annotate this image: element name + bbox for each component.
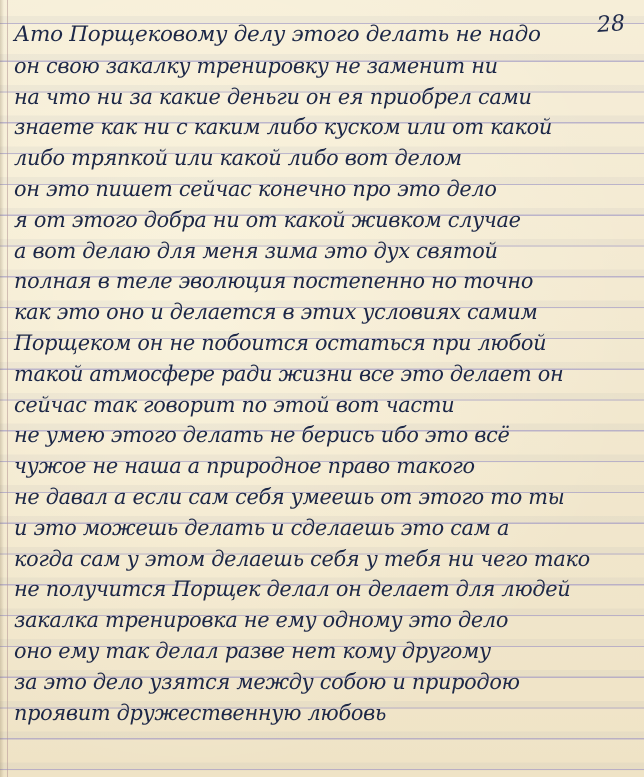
text-line: он это пишет сейчас конечно про это дело [14, 174, 634, 205]
text-line: когда сам у этом делаешь себя у тебя ни … [14, 544, 634, 575]
text-line: Ато Порщековому делу этого делать не над… [14, 20, 574, 51]
notebook-page: 28 Ато Порщековому делу этого делать не … [0, 0, 644, 777]
text-line: он свою закалку тренировку не заменит ни [14, 51, 634, 82]
text-line: на что ни за какие деньги он ея приобрел… [14, 82, 634, 113]
text-line: не умею этого делать не берись ибо это в… [14, 420, 634, 451]
text-line: сейчас так говорит по этой вот части [14, 390, 634, 421]
text-line: оно ему так делал разве нет кому другому [14, 636, 634, 667]
text-line: как это оно и делается в этих условиях с… [14, 297, 634, 328]
text-line: либо тряпкой или какой либо вот делом [14, 143, 634, 174]
text-line: за это дело узятся между собою и природо… [14, 667, 634, 698]
handwritten-text: Ато Порщековому делу этого делать не над… [14, 20, 639, 728]
text-line: чужое не наша а природное право такого [14, 451, 634, 482]
text-line: Порщеком он не побоится остаться при люб… [14, 328, 634, 359]
text-line: такой атмосфере ради жизни все это делае… [14, 359, 634, 390]
page-binding-edge [0, 0, 4, 777]
margin-line [7, 0, 8, 777]
text-line: знаете как ни с каким либо куском или от… [14, 112, 634, 143]
text-line: я от этого добра ни от какой живком случ… [14, 205, 634, 236]
text-line: не давал а если сам себя умеешь от этого… [14, 482, 634, 513]
text-line: и это можешь делать и сделаешь это сам а [14, 513, 634, 544]
text-line: полная в теле эволюция постепенно но точ… [14, 266, 634, 297]
text-line: а вот делаю для меня зима это дух святой [14, 236, 634, 267]
text-line: проявит дружественную любовь [14, 698, 634, 729]
text-line: не получится Порщек делал он делает для … [14, 574, 634, 605]
text-line: закалка тренировка не ему одному это дел… [14, 605, 634, 636]
